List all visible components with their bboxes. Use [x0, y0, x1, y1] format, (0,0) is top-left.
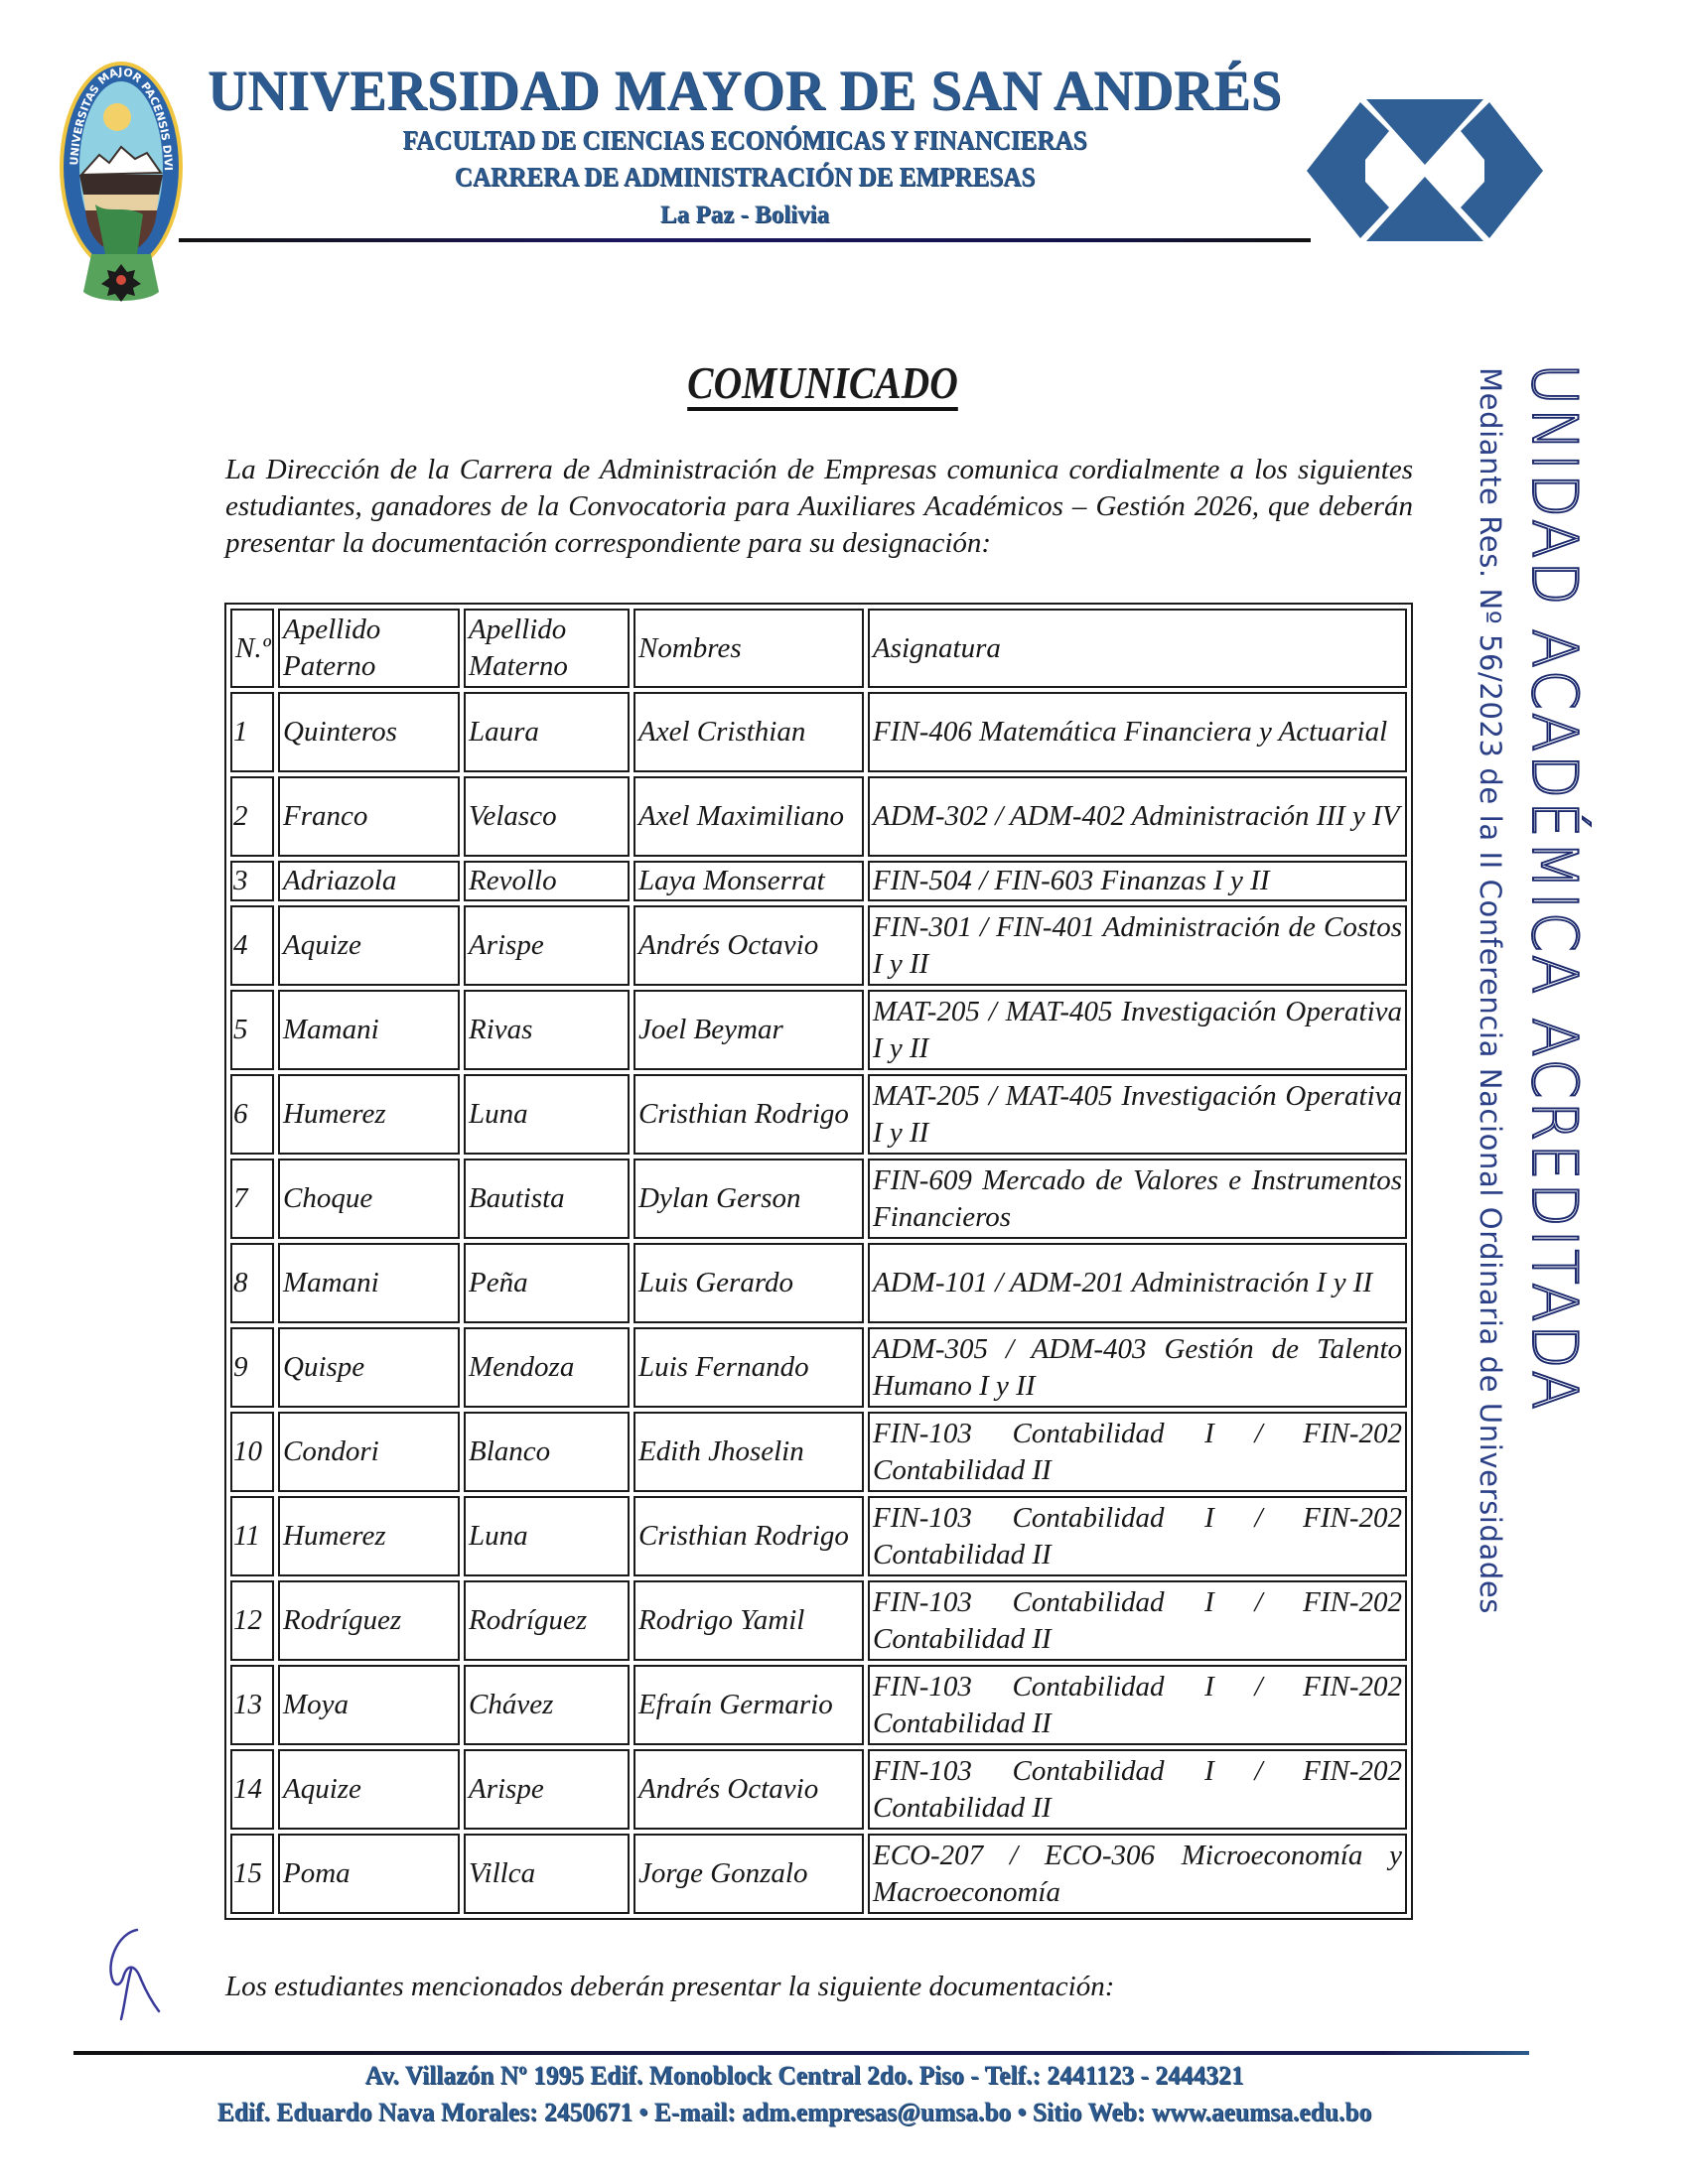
cell-subject: FIN-609 Mercado de Valores e Instrumento… — [868, 1159, 1407, 1239]
cell-row-number: 10 — [230, 1412, 274, 1492]
cell-maternal-surname: Rodríguez — [464, 1580, 630, 1661]
table-row: 9QuispeMendozaLuis FernandoADM-305 / ADM… — [230, 1327, 1407, 1408]
winners-table: N.º Apellido Paterno Apellido Materno No… — [224, 603, 1413, 1920]
cell-given-names: Luis Fernando — [633, 1327, 864, 1408]
table-row: 14AquizeArispeAndrés OctavioFIN-103 Cont… — [230, 1749, 1407, 1830]
footer-address: Av. Villazón Nº 1995 Edif. Monoblock Cen… — [74, 2061, 1534, 2091]
cell-row-number: 1 — [230, 692, 274, 772]
cell-row-number: 14 — [230, 1749, 274, 1830]
column-header-number: N.º — [230, 609, 274, 688]
table-row: 2FrancoVelascoAxel MaximilianoADM-302 / … — [230, 776, 1407, 857]
table-row: 1QuinterosLauraAxel CristhianFIN-406 Mat… — [230, 692, 1407, 772]
cell-maternal-surname: Luna — [464, 1074, 630, 1155]
table-header-row: N.º Apellido Paterno Apellido Materno No… — [230, 609, 1407, 688]
cell-subject: MAT-205 / MAT-405 Investigación Operativ… — [868, 990, 1407, 1070]
table-row: 13MoyaChávezEfraín GermarioFIN-103 Conta… — [230, 1665, 1407, 1745]
cell-maternal-surname: Luna — [464, 1496, 630, 1576]
cell-given-names: Jorge Gonzalo — [633, 1834, 864, 1914]
faculty-name: FACULTAD DE CIENCIAS ECONÓMICAS Y FINANC… — [218, 125, 1271, 155]
cell-maternal-surname: Chávez — [464, 1665, 630, 1745]
table-row: 6HumerezLunaCristhian RodrigoMAT-205 / M… — [230, 1074, 1407, 1155]
accreditation-heading: UNIDAD ACADÉMICA ACREDITADA — [1519, 363, 1589, 1823]
cell-maternal-surname: Villca — [464, 1834, 630, 1914]
cell-given-names: Andrés Octavio — [633, 905, 864, 986]
cell-given-names: Cristhian Rodrigo — [633, 1074, 864, 1155]
closing-sentence: Los estudiantes mencionados deberán pres… — [225, 1971, 1114, 2003]
intro-paragraph: La Dirección de la Carrera de Administra… — [225, 452, 1413, 562]
cell-maternal-surname: Revollo — [464, 861, 630, 901]
cell-paternal-surname: Moya — [278, 1665, 460, 1745]
cell-row-number: 9 — [230, 1327, 274, 1408]
accreditation-heading-text: UNIDAD ACADÉMICA ACREDITADA — [1519, 363, 1589, 1413]
column-header-names: Nombres — [633, 609, 864, 688]
cell-subject: FIN-103 Contabilidad I / FIN-202 Contabi… — [868, 1412, 1407, 1492]
cell-given-names: Edith Jhoselin — [633, 1412, 864, 1492]
column-header-subject: Asignatura — [868, 609, 1407, 688]
cell-given-names: Joel Beymar — [633, 990, 864, 1070]
table-row: 3AdriazolaRevolloLaya MonserratFIN-504 /… — [230, 861, 1407, 901]
cell-subject: ADM-101 / ADM-201 Administración I y II — [868, 1243, 1407, 1323]
cell-given-names: Efraín Germario — [633, 1665, 864, 1745]
accreditation-resolution: Mediante Res. Nº 56/2023 de la II Confer… — [1474, 367, 1507, 1837]
column-header-maternal-surname: Apellido Materno — [464, 609, 630, 688]
cell-given-names: Andrés Octavio — [633, 1749, 864, 1830]
career-hexagon-logo-icon — [1303, 97, 1547, 242]
cell-maternal-surname: Arispe — [464, 1749, 630, 1830]
table-row: 12RodríguezRodríguezRodrigo YamilFIN-103… — [230, 1580, 1407, 1661]
cell-subject: FIN-103 Contabilidad I / FIN-202 Contabi… — [868, 1749, 1407, 1830]
cell-row-number: 6 — [230, 1074, 274, 1155]
cell-row-number: 2 — [230, 776, 274, 857]
cell-row-number: 8 — [230, 1243, 274, 1323]
cell-paternal-surname: Adriazola — [278, 861, 460, 901]
table-row: 10CondoriBlancoEdith JhoselinFIN-103 Con… — [230, 1412, 1407, 1492]
cell-subject: FIN-103 Contabilidad I / FIN-202 Contabi… — [868, 1496, 1407, 1576]
university-seal-icon: UNIVERSITAS MAJOR PACENSIS DIVI ANDREÆ — [56, 56, 187, 306]
cell-paternal-surname: Rodríguez — [278, 1580, 460, 1661]
cell-paternal-surname: Poma — [278, 1834, 460, 1914]
cell-paternal-surname: Franco — [278, 776, 460, 857]
cell-given-names: Cristhian Rodrigo — [633, 1496, 864, 1576]
table-row: 15PomaVillcaJorge GonzaloECO-207 / ECO-3… — [230, 1834, 1407, 1914]
cell-maternal-surname: Blanco — [464, 1412, 630, 1492]
cell-maternal-surname: Mendoza — [464, 1327, 630, 1408]
cell-maternal-surname: Peña — [464, 1243, 630, 1323]
cell-paternal-surname: Quispe — [278, 1327, 460, 1408]
cell-row-number: 12 — [230, 1580, 274, 1661]
cell-given-names: Axel Cristhian — [633, 692, 864, 772]
document-title: COMUNICADO — [0, 357, 1644, 411]
footer-contact: Edif. Eduardo Nava Morales: 2450671 • E-… — [113, 2098, 1476, 2127]
cell-subject: FIN-103 Contabilidad I / FIN-202 Contabi… — [868, 1665, 1407, 1745]
cell-row-number: 13 — [230, 1665, 274, 1745]
cell-subject: FIN-103 Contabilidad I / FIN-202 Contabi… — [868, 1580, 1407, 1661]
cell-given-names: Luis Gerardo — [633, 1243, 864, 1323]
cell-paternal-surname: Choque — [278, 1159, 460, 1239]
career-name: CARRERA DE ADMINISTRACIÓN DE EMPRESAS — [218, 162, 1271, 192]
university-name: UNIVERSIDAD MAYOR DE SAN ANDRÉS — [196, 62, 1294, 121]
table-row: 5MamaniRivasJoel BeymarMAT-205 / MAT-405… — [230, 990, 1407, 1070]
cell-paternal-surname: Humerez — [278, 1074, 460, 1155]
cell-maternal-surname: Arispe — [464, 905, 630, 986]
header-divider — [179, 238, 1311, 242]
cell-subject: FIN-406 Matemática Financiera y Actuaria… — [868, 692, 1407, 772]
cell-row-number: 3 — [230, 861, 274, 901]
cell-row-number: 4 — [230, 905, 274, 986]
cell-maternal-surname: Laura — [464, 692, 630, 772]
cell-subject: FIN-301 / FIN-401 Administración de Cost… — [868, 905, 1407, 986]
table-row: 7ChoqueBautistaDylan GersonFIN-609 Merca… — [230, 1159, 1407, 1239]
cell-paternal-surname: Mamani — [278, 1243, 460, 1323]
footer-divider — [73, 2051, 1529, 2055]
cell-paternal-surname: Humerez — [278, 1496, 460, 1576]
cell-row-number: 11 — [230, 1496, 274, 1576]
cell-given-names: Axel Maximiliano — [633, 776, 864, 857]
table-row: 11HumerezLunaCristhian RodrigoFIN-103 Co… — [230, 1496, 1407, 1576]
table-row: 4AquizeArispeAndrés OctavioFIN-301 / FIN… — [230, 905, 1407, 986]
cell-given-names: Dylan Gerson — [633, 1159, 864, 1239]
cell-subject: ADM-302 / ADM-402 Administración III y I… — [868, 776, 1407, 857]
cell-paternal-surname: Condori — [278, 1412, 460, 1492]
cell-maternal-surname: Velasco — [464, 776, 630, 857]
location: La Paz - Bolivia — [179, 202, 1311, 229]
cell-given-names: Laya Monserrat — [633, 861, 864, 901]
cell-subject: ADM-305 / ADM-403 Gestión de Talento Hum… — [868, 1327, 1407, 1408]
cell-maternal-surname: Rivas — [464, 990, 630, 1070]
cell-paternal-surname: Aquize — [278, 1749, 460, 1830]
cell-given-names: Rodrigo Yamil — [633, 1580, 864, 1661]
cell-paternal-surname: Aquize — [278, 905, 460, 986]
cell-maternal-surname: Bautista — [464, 1159, 630, 1239]
cell-paternal-surname: Quinteros — [278, 692, 460, 772]
handwritten-initial-icon — [97, 1924, 167, 2023]
cell-row-number: 7 — [230, 1159, 274, 1239]
cell-subject: ECO-207 / ECO-306 Microeconomía y Macroe… — [868, 1834, 1407, 1914]
cell-row-number: 15 — [230, 1834, 274, 1914]
cell-subject: FIN-504 / FIN-603 Finanzas I y II — [868, 861, 1407, 901]
table-row: 8MamaniPeñaLuis GerardoADM-101 / ADM-201… — [230, 1243, 1407, 1323]
cell-paternal-surname: Mamani — [278, 990, 460, 1070]
cell-subject: MAT-205 / MAT-405 Investigación Operativ… — [868, 1074, 1407, 1155]
document-title-text: COMUNICADO — [687, 359, 958, 411]
column-header-paternal-surname: Apellido Paterno — [278, 609, 460, 688]
cell-row-number: 5 — [230, 990, 274, 1070]
